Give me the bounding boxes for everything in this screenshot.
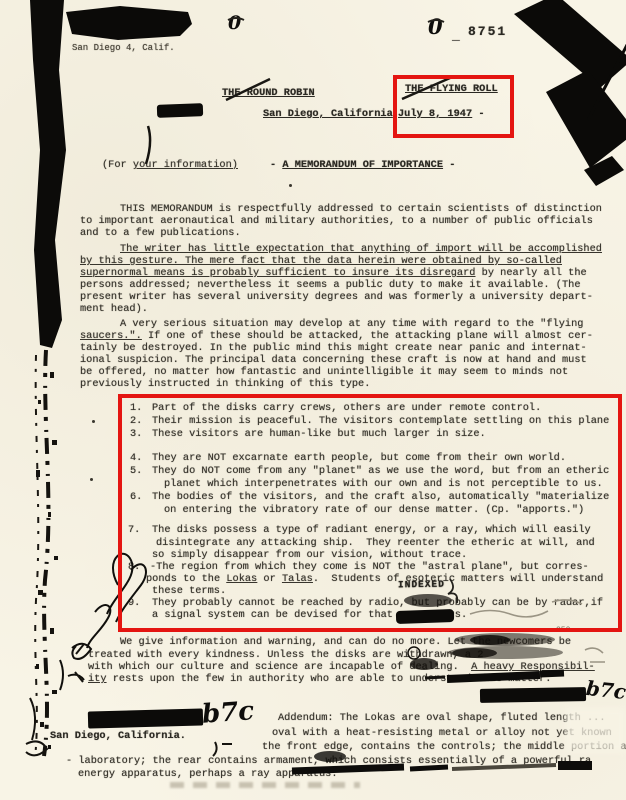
pen-slash-round-robin	[226, 79, 270, 100]
red-annotation-box-title	[393, 75, 514, 138]
redaction-blob-top-left	[66, 6, 192, 40]
left-scan-edge	[30, 0, 66, 758]
pen-strike-marks-closing	[75, 644, 564, 682]
redaction-strokes-top-right	[514, 0, 626, 186]
pen-marks-bottom-left	[26, 698, 232, 756]
scanned-document-page: San Diego 4, Calif. 0 0 _ 8751 THE ROUND…	[0, 0, 626, 800]
pen-tick-mark	[146, 126, 150, 164]
pen-macron-marks	[228, 18, 444, 22]
red-annotation-box-list	[118, 394, 622, 632]
pen-strike-marks-addendum	[292, 761, 592, 771]
